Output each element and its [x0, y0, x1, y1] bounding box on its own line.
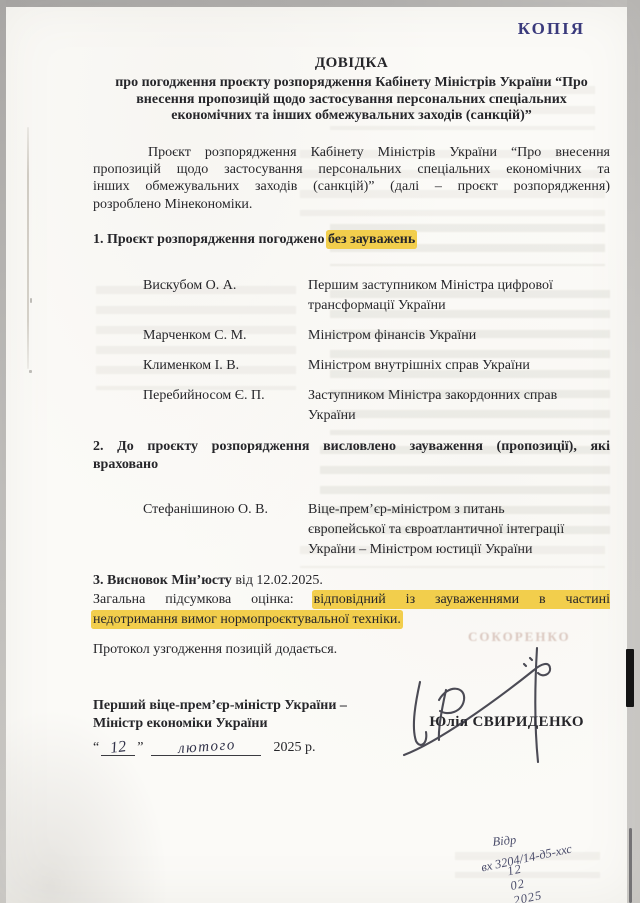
open-quote: “: [93, 740, 99, 756]
section3-block: 3. Висновок Мін’юсту від 12.02.2025. Заг…: [93, 571, 610, 629]
section1-heading-text: 1. Проєкт розпорядження погоджено: [93, 232, 328, 247]
section3-heading: 3. Висновок Мін’юсту від 12.02.2025.: [93, 571, 610, 590]
date-line: “ 12 ” лютого 2025 р.: [93, 737, 315, 756]
scan-edge-top: [0, 0, 640, 7]
intro-line: інших обмежувальних заходів (санкцій)” (…: [93, 178, 610, 195]
document-subtitle-line: про погодження проєкту розпорядження Каб…: [93, 75, 610, 92]
scan-edge-right: [627, 0, 640, 903]
approver-position: Заступником Міністра закордонних справ У…: [308, 386, 613, 426]
copy-stamp: КОПІЯ: [518, 19, 585, 39]
paper-crease: [27, 127, 29, 369]
title-block: ДОВІДКА про погодження проєкту розпорядж…: [93, 55, 610, 125]
intro-line: розроблено Мінекономіки.: [93, 196, 610, 213]
section3-assessment-line: недотримання вимог нормопроєктувальної т…: [93, 610, 610, 629]
assessment-highlighted-text: відповідний із зауваженнями в частині: [314, 592, 610, 607]
approver-row: Вискубом О. А. Першим заступником Мініст…: [143, 276, 613, 316]
approver-position: Віце-прем’єр-міністром з питань європейс…: [308, 500, 613, 560]
intro-line: Проєкт розпорядження Кабінету Міністрів …: [93, 144, 610, 161]
section1-highlighted-text: без зауважень: [328, 232, 415, 247]
section2-heading: 2. До проєкту розпорядження висловлено з…: [93, 437, 610, 474]
date-year-text: 2025 р.: [273, 740, 315, 756]
close-quote: ”: [137, 740, 143, 756]
approver-name: Вискубом О. А.: [143, 276, 308, 316]
section3-assessment-line: Загальна підсумкова оцінка: відповідний …: [93, 590, 610, 609]
document-title: ДОВІДКА: [93, 55, 610, 72]
section2-heading-line: 2. До проєкту розпорядження висловлено з…: [93, 437, 610, 455]
approver-position: Міністром внутрішніх справ України: [308, 356, 613, 376]
paper-speck: [29, 370, 32, 373]
approver-name: Клименком І. В.: [143, 356, 308, 376]
section1-heading: 1. Проєкт розпорядження погоджено без за…: [93, 231, 610, 248]
assessment-highlighted-text: недотримання вимог нормопроєктувальної т…: [93, 612, 401, 627]
approver-name: Марченком С. М.: [143, 326, 308, 346]
paper-speck: [30, 298, 32, 303]
scan-edge-left: [0, 0, 6, 903]
scan-black-mark: [626, 649, 634, 707]
handwritten-month-field: лютого: [151, 738, 261, 756]
approvers-list-considered: Стефанішиною О. В. Віце-прем’єр-міністро…: [143, 500, 613, 570]
intro-paragraph: Проєкт розпорядження Кабінету Міністрів …: [93, 144, 610, 213]
intro-line: пропозицій щодо застосування персональни…: [93, 161, 610, 178]
section2-heading-line: враховано: [93, 455, 610, 474]
approver-position: Першим заступником Міністра цифрової тра…: [308, 276, 613, 316]
approver-row: Клименком І. В. Міністром внутрішніх спр…: [143, 356, 613, 376]
handwritten-day-field: 12: [101, 737, 135, 756]
handwritten-signature: [396, 642, 576, 767]
approver-name: Перебийносом Є. П.: [143, 386, 308, 426]
approvers-list: Вискубом О. А. Першим заступником Мініст…: [143, 276, 613, 436]
approver-name: Стефанішиною О. В.: [143, 500, 308, 560]
scanned-document-page: КОПІЯ ДОВІДКА про погодження проєкту роз…: [0, 0, 640, 903]
approver-position: Міністром фінансів України: [308, 326, 613, 346]
approver-row: Стефанішиною О. В. Віце-прем’єр-міністро…: [143, 500, 613, 560]
document-subtitle-line: внесення пропозицій щодо застосування пе…: [93, 92, 610, 109]
document-subtitle-line: економічних та інших обмежувальних заход…: [93, 108, 610, 125]
approver-row: Марченком С. М. Міністром фінансів Украї…: [143, 326, 613, 346]
approver-row: Перебийносом Є. П. Заступником Міністра …: [143, 386, 613, 426]
